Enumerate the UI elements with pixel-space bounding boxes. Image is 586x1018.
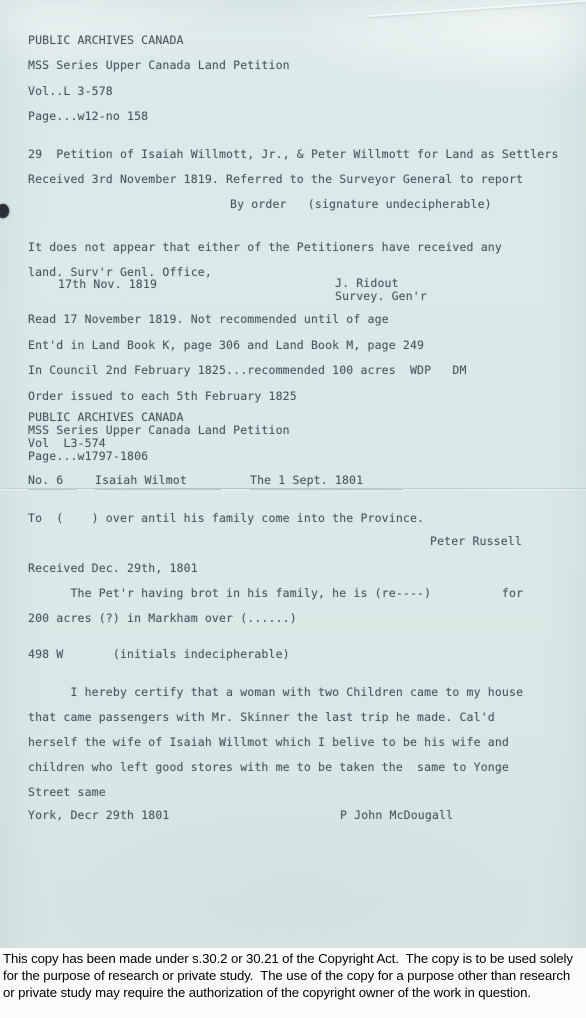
ink-spot-left-edge: [0, 204, 9, 218]
certificate-line-1: I hereby certify that a woman with two C…: [28, 685, 523, 699]
surveyor-title: Survey. Gen'r: [335, 289, 427, 303]
fold-crease-line: [0, 488, 586, 489]
surveyor-signature: J. Ridout: [335, 276, 399, 290]
entered-line: Ent'd in Land Book K, page 306 and Land …: [28, 338, 424, 352]
scanned-document: PUBLIC ARCHIVES CANADA MSS Series Upper …: [0, 0, 586, 1018]
page-ref-line-2: Page...w1797-1806: [28, 449, 148, 463]
to-line: To ( ) over antil his family come into t…: [28, 511, 424, 525]
certificate-line-2: that came passengers with Mr. Skinner th…: [28, 710, 495, 724]
page-ref-line: Page...w12-no 158: [28, 109, 148, 123]
series-line: MSS Series Upper Canada Land Petition: [28, 58, 290, 72]
certificate-line-4: children who left good stores with me to…: [28, 760, 509, 774]
received-line-1801: Received Dec. 29th, 1801: [28, 561, 198, 575]
volume-line: Vol..L 3-578: [28, 84, 113, 98]
no-land-line-1: It does not appear that either of the Pe…: [28, 240, 502, 254]
place-date-line: York, Decr 29th 1801: [28, 808, 169, 822]
read-line: Read 17 November 1819. Not recommended u…: [28, 312, 389, 326]
petition-received-line: Received 3rd November 1819. Referred to …: [28, 172, 523, 186]
archive-name-line-2: PUBLIC ARCHIVES CANADA: [28, 410, 184, 424]
body-line-2: 200 acres (?) in Markham over (......): [28, 611, 297, 625]
body-line-1: The Pet'r having brot in his family, he …: [28, 586, 523, 600]
copyright-notice: This copy has been made under s.30.2 or …: [0, 948, 586, 1018]
by-order-line: By order (signature undecipherable): [230, 197, 492, 211]
paper-fold-crease-top: [366, 0, 586, 17]
council-line: In Council 2nd February 1825...recommend…: [28, 363, 467, 377]
approver-signature: Peter Russell: [430, 534, 522, 548]
certificate-line-3: herself the wife of Isaiah Willmot which…: [28, 735, 509, 749]
volume-line-2: Vol L3-574: [28, 436, 106, 450]
order-issued-line: Order issued to each 5th February 1825: [28, 389, 297, 403]
file-reference-line: 498 W (initials indecipherable): [28, 647, 290, 661]
office-date-line: 17th Nov. 1819: [58, 277, 157, 291]
petition-title-line: 29 Petition of Isaiah Willmott, Jr., & P…: [28, 147, 559, 161]
certificate-line-5: Street same: [28, 785, 106, 799]
series-line-2: MSS Series Upper Canada Land Petition: [28, 423, 290, 437]
archive-name-line: PUBLIC ARCHIVES CANADA: [28, 33, 184, 47]
witness-signature: P John McDougall: [340, 808, 453, 822]
